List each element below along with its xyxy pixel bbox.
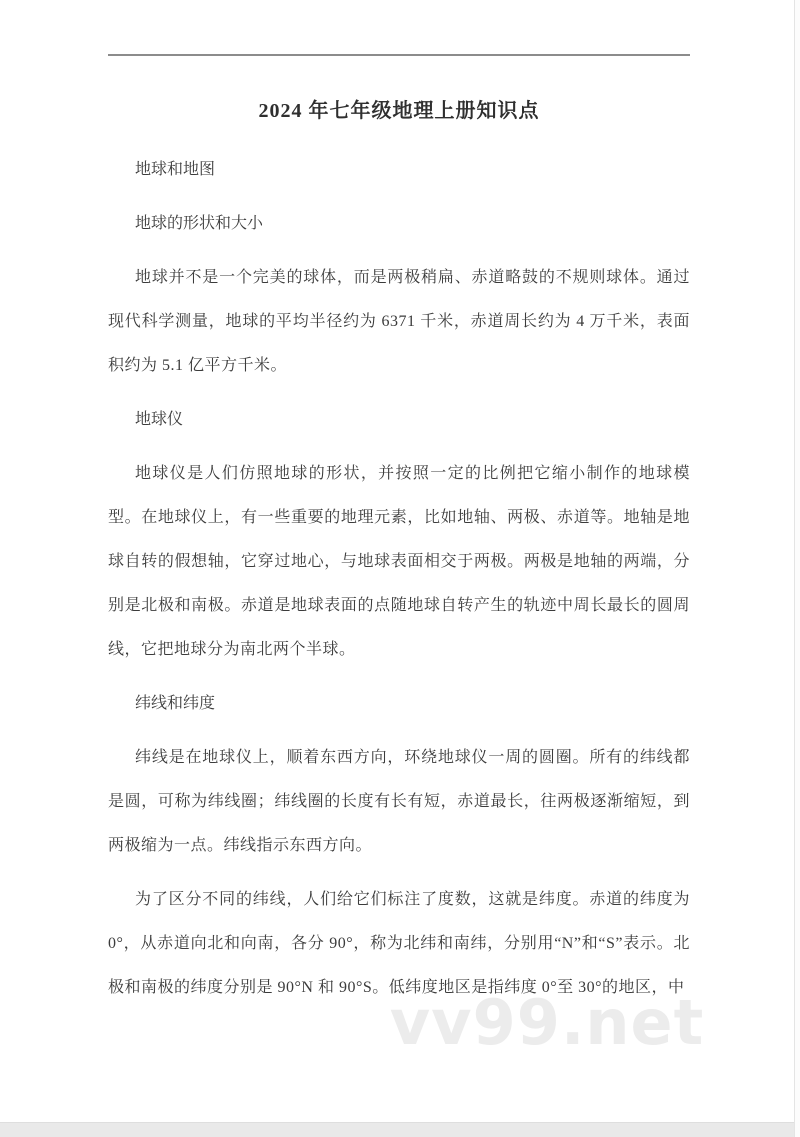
footer-bar [0, 1122, 794, 1137]
paragraph-latitude-lines: 纬线是在地球仪上，顺着东西方向，环绕地球仪一周的圆圈。所有的纬线都是圆，可称为纬… [108, 736, 690, 868]
section-heading-earth-shape-size: 地球的形状和大小 [108, 202, 690, 246]
section-heading-latitude-lines: 纬线和纬度 [108, 682, 690, 726]
paragraph-latitude-degrees: 为了区分不同的纬线，人们给它们标注了度数，这就是纬度。赤道的纬度为0°，从赤道向… [108, 878, 690, 1010]
page-content: 2024 年七年级地理上册知识点 地球和地图 地球的形状和大小 地球并不是一个完… [108, 0, 690, 1020]
page-right-gutter [795, 0, 800, 1137]
section-heading-globe: 地球仪 [108, 398, 690, 442]
section-heading-earth-and-maps: 地球和地图 [108, 148, 690, 192]
paragraph-globe: 地球仪是人们仿照地球的形状，并按照一定的比例把它缩小制作的地球模型。在地球仪上，… [108, 452, 690, 672]
paragraph-earth-shape-size: 地球并不是一个完美的球体，而是两极稍扁、赤道略鼓的不规则球体。通过现代科学测量，… [108, 256, 690, 388]
page-title: 2024 年七年级地理上册知识点 [108, 96, 690, 126]
header-divider [108, 54, 690, 56]
document-page: 2024 年七年级地理上册知识点 地球和地图 地球的形状和大小 地球并不是一个完… [0, 0, 794, 1122]
